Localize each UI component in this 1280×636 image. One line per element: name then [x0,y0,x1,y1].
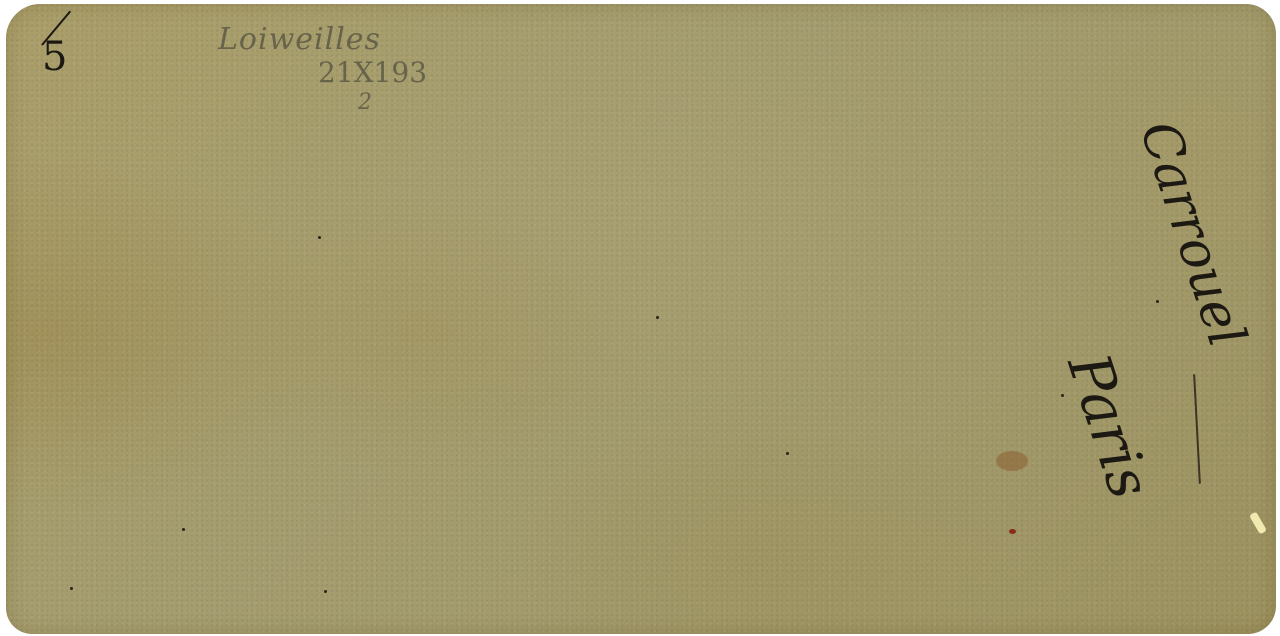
stain-mark [996,451,1028,471]
speck [1061,394,1064,397]
speck [324,590,327,593]
speck [182,528,185,531]
stereoview-card-back: 5 Loiweilles 21X193 2 Carrouel Paris [6,4,1276,634]
speck [318,236,321,239]
pencil-location-note: Loiweilles [218,22,381,57]
red-spot [1009,529,1016,534]
paper-grain-texture [6,4,1276,634]
card-number: 5 [42,34,67,80]
pencil-date-note: 21X193 [318,56,427,89]
pencil-sub-number: 2 [358,90,372,115]
speck [1156,300,1159,303]
speck [656,316,659,319]
speck [786,452,789,455]
speck [70,587,73,590]
